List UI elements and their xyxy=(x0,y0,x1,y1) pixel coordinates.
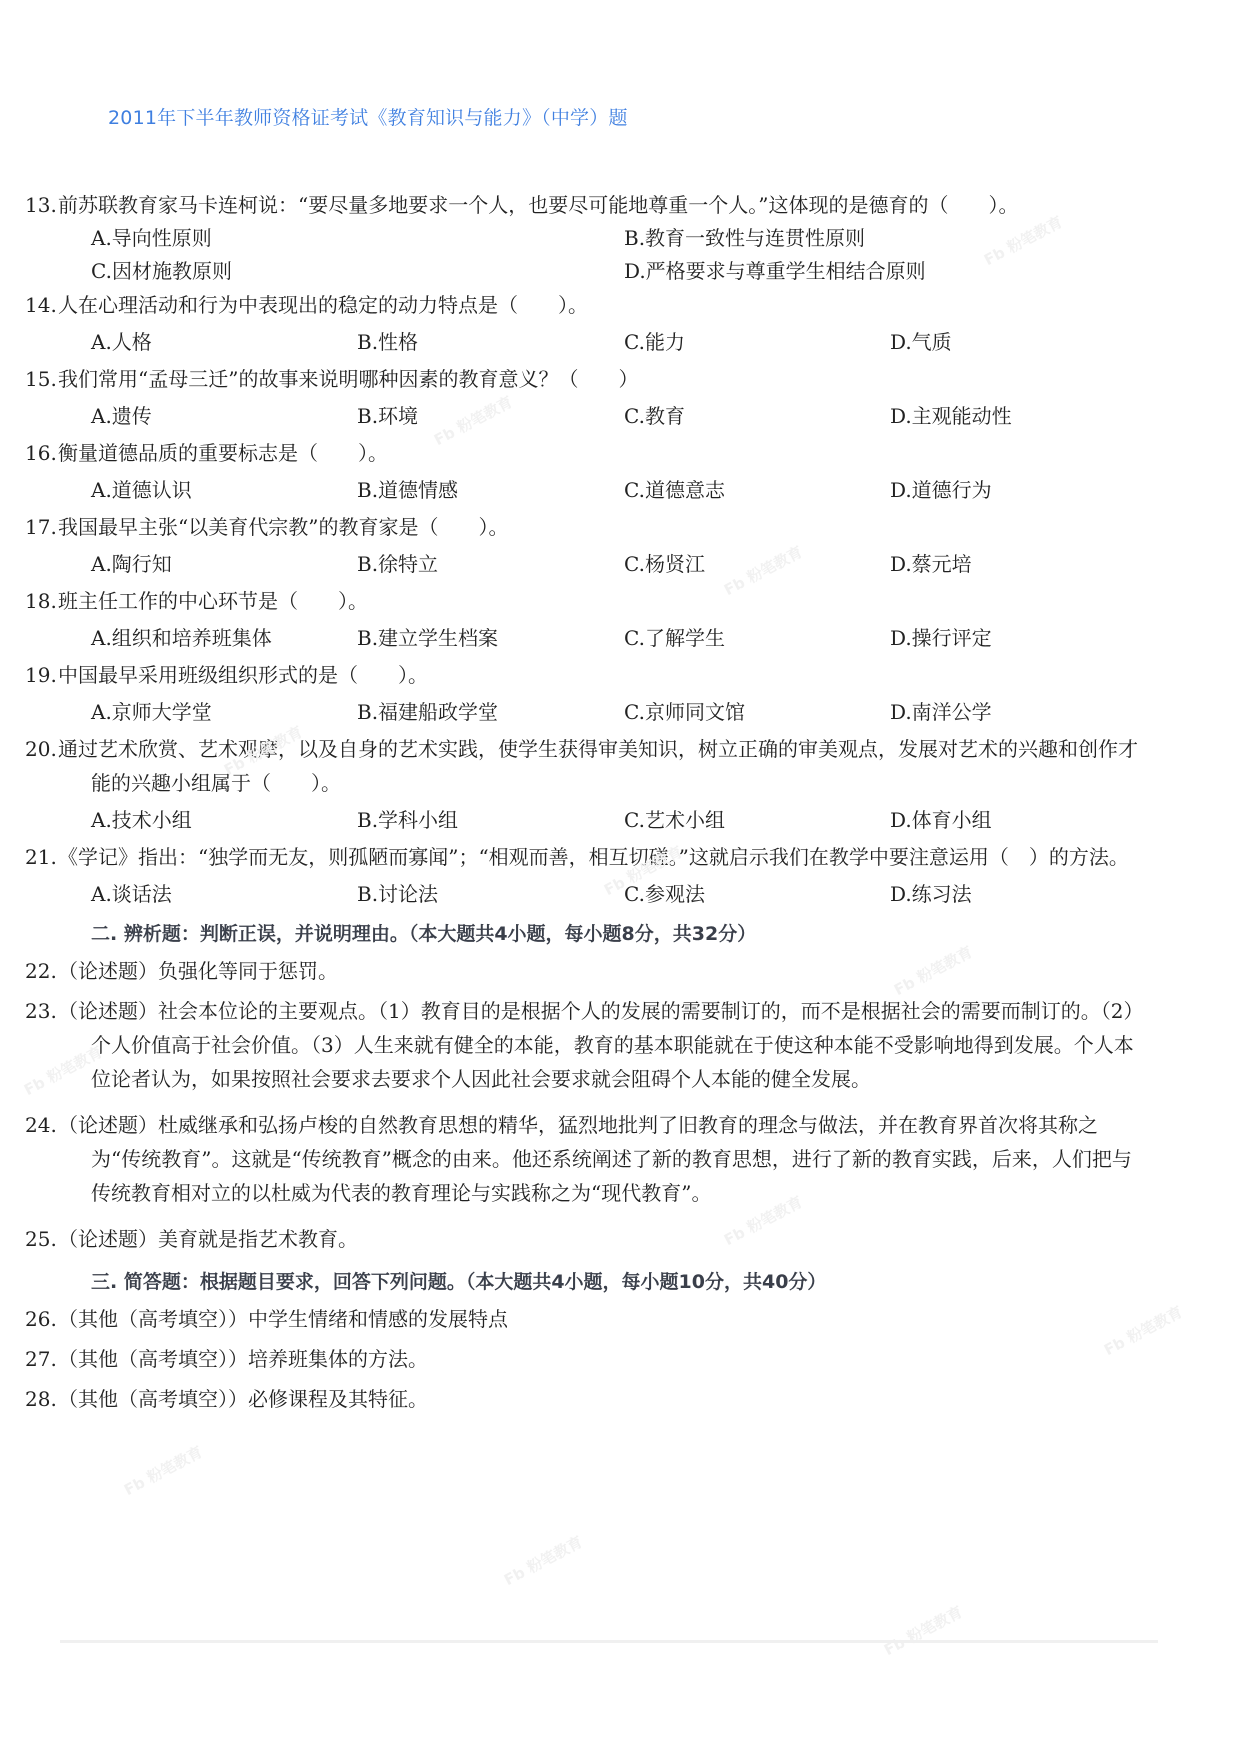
watermark: Fb 粉笔教育 xyxy=(120,1441,206,1500)
question-stem: 15.我们常用“孟母三迁”的故事来说明哪种因素的教育意义？（ ） xyxy=(58,362,1148,396)
option-d: D.操行评定 xyxy=(890,618,992,658)
question-stem: 27.（其他（高考填空））培养班集体的方法。 xyxy=(58,1342,1148,1376)
option-b: B.环境 xyxy=(357,396,418,436)
options: A.陶行知 B.徐特立 C.杨贤江 D.蔡元培 xyxy=(58,544,1148,584)
question-stem: 23.（论述题）社会本位论的主要观点。（1）教育目的是根据个人的发展的需要制订的… xyxy=(58,994,1148,1096)
watermark: Fb 粉笔教育 xyxy=(500,1531,586,1590)
question-stem: 24.（论述题）杜威继承和弘扬卢梭的自然教育思想的精华，猛烈地批判了旧教育的理念… xyxy=(58,1108,1148,1210)
option-a: A.谈话法 xyxy=(91,874,172,914)
option-b: B.学科小组 xyxy=(357,800,458,840)
option-d: D.道德行为 xyxy=(890,470,992,510)
question-stem: 25.（论述题）美育就是指艺术教育。 xyxy=(58,1222,1148,1256)
question-stem: 19.中国最早采用班级组织形式的是（ ）。 xyxy=(58,658,1148,692)
option-d: D.南洋公学 xyxy=(890,692,992,732)
question-stem: 20.通过艺术欣赏、艺术观摩，以及自身的艺术实践，使学生获得审美知识，树立正确的… xyxy=(58,732,1148,800)
option-c: C.教育 xyxy=(624,396,685,436)
question-14: 14.人在心理活动和行为中表现出的稳定的动力特点是（ ）。 A.人格 B.性格 … xyxy=(58,288,1148,362)
question-13: 13.前苏联教育家马卡连柯说：“要尽量多地要求一个人，也要尽可能地尊重一个人。”… xyxy=(58,188,1148,288)
option-c: C.艺术小组 xyxy=(624,800,725,840)
question-25: 25.（论述题）美育就是指艺术教育。 xyxy=(58,1222,1148,1256)
question-22: 22.（论述题）负强化等同于惩罚。 xyxy=(58,954,1148,988)
option-a: A.组织和培养班集体 xyxy=(91,618,272,658)
option-a: A.京师大学堂 xyxy=(91,692,212,732)
question-19: 19.中国最早采用班级组织形式的是（ ）。 A.京师大学堂 B.福建船政学堂 C… xyxy=(58,658,1148,732)
question-16: 16.衡量道德品质的重要标志是（ ）。 A.道德认识 B.道德情感 C.道德意志… xyxy=(58,436,1148,510)
question-stem: 14.人在心理活动和行为中表现出的稳定的动力特点是（ ）。 xyxy=(58,288,1148,322)
option-a: A.遗传 xyxy=(91,396,152,436)
question-23: 23.（论述题）社会本位论的主要观点。（1）教育目的是根据个人的发展的需要制订的… xyxy=(58,994,1148,1096)
section-heading-short-answer: 三. 简答题：根据题目要求，回答下列问题。（本大题共4小题，每小题10分，共40… xyxy=(58,1262,1148,1302)
document-title: 2011年下半年教师资格证考试《教育知识与能力》（中学）题 xyxy=(108,103,628,130)
options: A.导向性原则 B.教育一致性与连贯性原则 C.因材施教原则 D.严格要求与尊重… xyxy=(58,222,1148,288)
option-d: D.严格要求与尊重学生相结合原则 xyxy=(624,255,926,288)
option-a: A.人格 xyxy=(91,322,152,362)
option-b: B.性格 xyxy=(357,322,418,362)
option-c: C.杨贤江 xyxy=(624,544,705,584)
option-c: C.京师同文馆 xyxy=(624,692,745,732)
options: A.京师大学堂 B.福建船政学堂 C.京师同文馆 D.南洋公学 xyxy=(58,692,1148,732)
question-28: 28.（其他（高考填空））必修课程及其特征。 xyxy=(58,1382,1148,1416)
option-b: B.道德情感 xyxy=(357,470,458,510)
option-a: A.导向性原则 xyxy=(91,222,212,255)
option-d: D.气质 xyxy=(890,322,952,362)
section-heading-analysis: 二. 辨析题：判断正误，并说明理由。（本大题共4小题，每小题8分，共32分） xyxy=(58,914,1148,954)
option-d: D.体育小组 xyxy=(890,800,992,840)
question-15: 15.我们常用“孟母三迁”的故事来说明哪种因素的教育意义？（ ） A.遗传 B.… xyxy=(58,362,1148,436)
options: A.技术小组 B.学科小组 C.艺术小组 D.体育小组 xyxy=(58,800,1148,840)
question-stem: 13.前苏联教育家马卡连柯说：“要尽量多地要求一个人，也要尽可能地尊重一个人。”… xyxy=(58,188,1148,222)
question-21: 21.《学记》指出：“独学而无友，则孤陋而寡闻”；“相观而善，相互切磋。”这就启… xyxy=(58,840,1148,914)
option-b: B.福建船政学堂 xyxy=(357,692,498,732)
exam-content: 13.前苏联教育家马卡连柯说：“要尽量多地要求一个人，也要尽可能地尊重一个人。”… xyxy=(58,188,1148,1416)
option-b: B.讨论法 xyxy=(357,874,438,914)
question-17: 17.我国最早主张“以美育代宗教”的教育家是（ ）。 A.陶行知 B.徐特立 C… xyxy=(58,510,1148,584)
question-20: 20.通过艺术欣赏、艺术观摩，以及自身的艺术实践，使学生获得审美知识，树立正确的… xyxy=(58,732,1148,840)
options: A.组织和培养班集体 B.建立学生档案 C.了解学生 D.操行评定 xyxy=(58,618,1148,658)
options: A.谈话法 B.讨论法 C.参观法 D.练习法 xyxy=(58,874,1148,914)
question-stem: 22.（论述题）负强化等同于惩罚。 xyxy=(58,954,1148,988)
option-d: D.蔡元培 xyxy=(890,544,972,584)
options: A.遗传 B.环境 C.教育 D.主观能动性 xyxy=(58,396,1148,436)
question-18: 18.班主任工作的中心环节是（ ）。 A.组织和培养班集体 B.建立学生档案 C… xyxy=(58,584,1148,658)
watermark: Fb 粉笔教育 xyxy=(880,1601,966,1660)
question-stem: 21.《学记》指出：“独学而无友，则孤陋而寡闻”；“相观而善，相互切磋。”这就启… xyxy=(58,840,1148,874)
option-a: A.道德认识 xyxy=(91,470,192,510)
question-stem: 16.衡量道德品质的重要标志是（ ）。 xyxy=(58,436,1148,470)
option-a: A.陶行知 xyxy=(91,544,172,584)
question-stem: 17.我国最早主张“以美育代宗教”的教育家是（ ）。 xyxy=(58,510,1148,544)
option-c: C.了解学生 xyxy=(624,618,725,658)
question-stem: 26.（其他（高考填空））中学生情绪和情感的发展特点 xyxy=(58,1302,1148,1336)
options: A.道德认识 B.道德情感 C.道德意志 D.道德行为 xyxy=(58,470,1148,510)
option-b: B.建立学生档案 xyxy=(357,618,498,658)
question-24: 24.（论述题）杜威继承和弘扬卢梭的自然教育思想的精华，猛烈地批判了旧教育的理念… xyxy=(58,1108,1148,1210)
option-c: C.参观法 xyxy=(624,874,705,914)
option-a: A.技术小组 xyxy=(91,800,192,840)
question-27: 27.（其他（高考填空））培养班集体的方法。 xyxy=(58,1342,1148,1376)
question-stem: 28.（其他（高考填空））必修课程及其特征。 xyxy=(58,1382,1148,1416)
option-d: D.练习法 xyxy=(890,874,972,914)
question-26: 26.（其他（高考填空））中学生情绪和情感的发展特点 xyxy=(58,1302,1148,1336)
option-c: C.道德意志 xyxy=(624,470,725,510)
question-stem: 18.班主任工作的中心环节是（ ）。 xyxy=(58,584,1148,618)
option-d: D.主观能动性 xyxy=(890,396,1012,436)
option-c: C.因材施教原则 xyxy=(91,255,232,288)
option-b: B.教育一致性与连贯性原则 xyxy=(624,222,865,255)
footer-divider xyxy=(60,1640,1158,1643)
option-c: C.能力 xyxy=(624,322,685,362)
option-b: B.徐特立 xyxy=(357,544,438,584)
options: A.人格 B.性格 C.能力 D.气质 xyxy=(58,322,1148,362)
